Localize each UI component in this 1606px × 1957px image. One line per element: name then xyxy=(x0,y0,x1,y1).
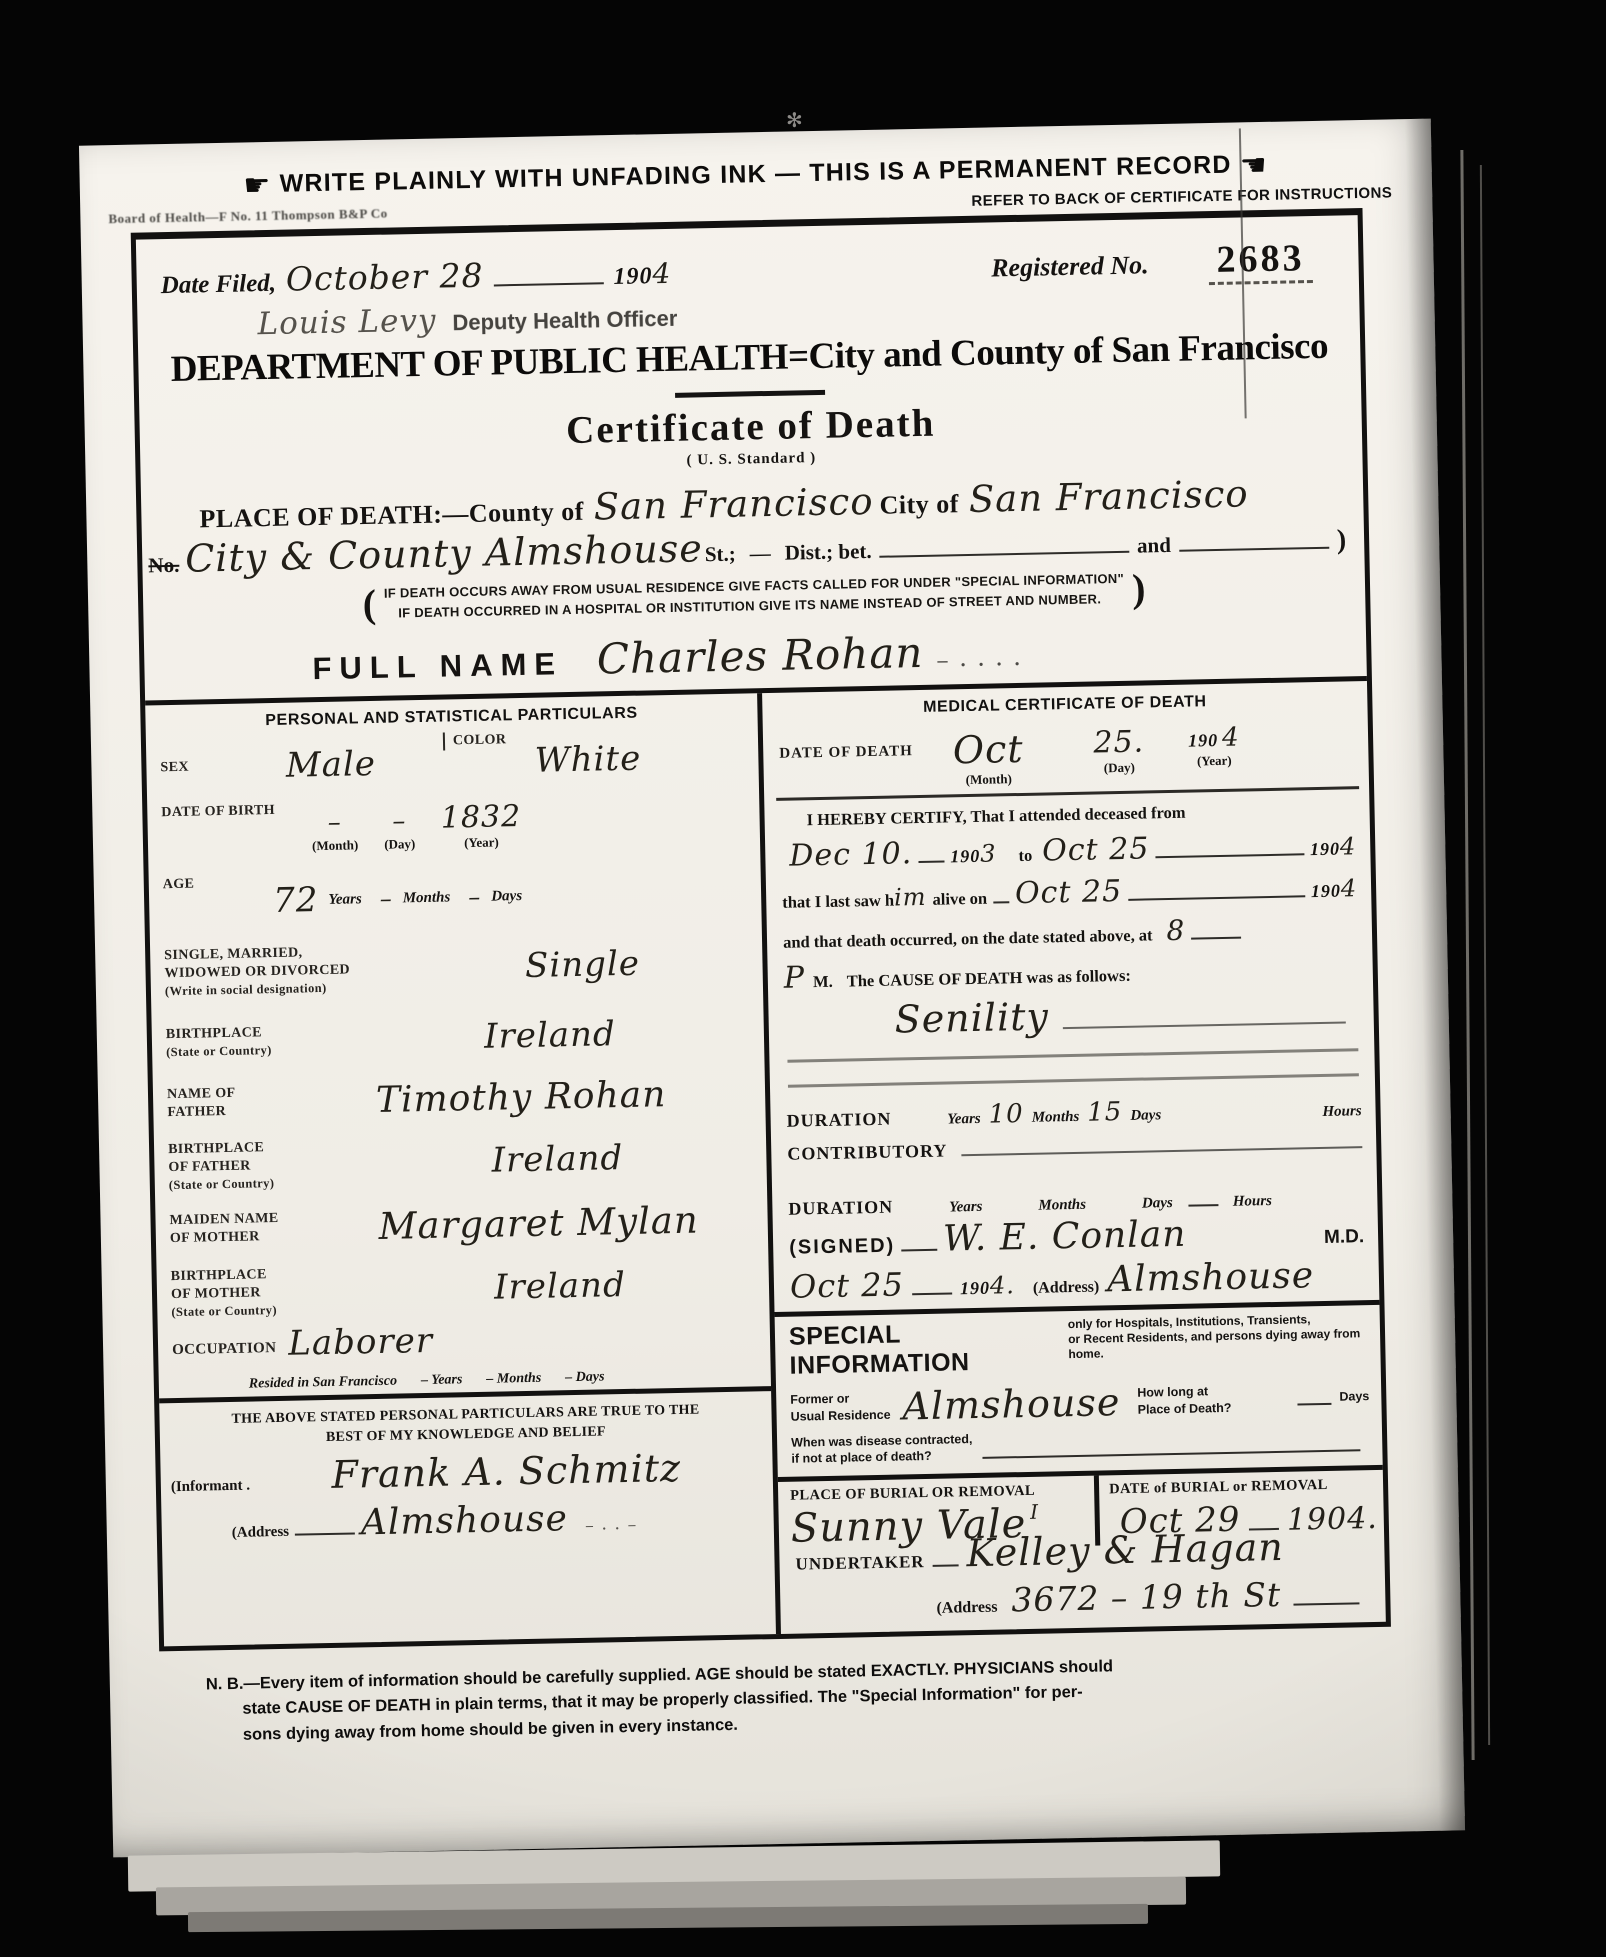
registered-no-label: Registered No. xyxy=(991,250,1149,283)
duration2-hours-label: Hours xyxy=(1233,1193,1273,1211)
undertaker-blank xyxy=(932,1550,958,1566)
officer-title: Deputy Health Officer xyxy=(452,306,677,337)
signed-year-hand: 4. xyxy=(990,1271,1015,1299)
age-years-value: 72 xyxy=(273,880,319,921)
disease-blank xyxy=(982,1436,1360,1459)
color-label: COLOR xyxy=(443,731,507,750)
death-hour-value: 8 xyxy=(1166,909,1186,951)
undertaker-value: Kelley & Hagan xyxy=(966,1524,1284,1574)
dob-year-value: 1832 xyxy=(440,799,521,836)
certify-saw-label-1: that I last saw h xyxy=(782,888,894,915)
informant-address-label: (Address xyxy=(232,1523,290,1541)
cause-blank xyxy=(1063,1007,1346,1028)
and-blank xyxy=(1179,533,1329,552)
signed-address-label: (Address) xyxy=(1033,1278,1100,1297)
age-days-value: – xyxy=(468,883,482,911)
informant-address-value: Almshouse xyxy=(360,1498,568,1543)
st-label: St.; xyxy=(705,542,736,568)
certify-block: I HEREBY CERTIFY, That I attended deceas… xyxy=(764,797,1373,996)
dist-label: Dist.; bet. xyxy=(784,539,871,566)
dob-day-label: (Day) xyxy=(384,836,415,853)
signed-label: (SIGNED) xyxy=(789,1234,895,1259)
dist-blank xyxy=(879,537,1129,558)
resided-months: – Months xyxy=(486,1371,541,1388)
howlong-days-label: Days xyxy=(1339,1388,1369,1405)
undertaker-address-row: (Address 3672 – 19 th St xyxy=(920,1572,1386,1620)
burial-date-year: 1904. xyxy=(1287,1501,1379,1538)
marital-row: SINGLE, MARRIED, WIDOWED OR DIVORCED (Wr… xyxy=(150,922,763,1012)
special-information-section: SPECIAL INFORMATION only for Hospitals, … xyxy=(774,1299,1382,1477)
mother-bp-value: Ireland xyxy=(361,1262,760,1310)
informant-row: (Informant . Frank A. Schmitz xyxy=(170,1444,763,1496)
attestation-section: THE ABOVE STATED PERSONAL PARTICULARS AR… xyxy=(159,1386,774,1555)
dod-year-hand: 4 xyxy=(1222,723,1240,753)
hour-blank xyxy=(1191,922,1241,939)
duration2-days-label: Days xyxy=(1142,1195,1173,1213)
certify-from-year-print: 190 xyxy=(950,843,981,871)
cause-row: Senility xyxy=(768,987,1374,1043)
informant-address-trail: – . . – xyxy=(586,1517,639,1534)
and-label: and xyxy=(1137,533,1171,559)
date-filed-year-print: 190 xyxy=(613,263,653,291)
pointing-hand-left-icon: ☚ xyxy=(1239,148,1268,184)
cause-of-death-label: The CAUSE OF DEATH was as follows: xyxy=(847,964,1132,994)
special-sub-2: or Recent Residents, and persons dying a… xyxy=(1068,1326,1369,1362)
contributory-blank xyxy=(961,1132,1362,1156)
certify-to-value: Oct 25 xyxy=(1042,826,1150,873)
footnote: N. B.—Every item of information should b… xyxy=(206,1653,1167,1749)
duration1-hours-label: Hours xyxy=(1322,1103,1362,1121)
dod-month-value: Oct xyxy=(952,727,1024,772)
date-of-death-row: DATE OF DEATH Oct (Month) 25. (Day) 190 … xyxy=(763,712,1369,792)
ampm-value: P xyxy=(783,955,805,1000)
medical-column: MEDICAL CERTIFICATE OF DEATH DATE OF DEA… xyxy=(762,681,1386,1634)
full-name-trail: – . . . . xyxy=(937,648,1023,673)
registered-no-value: 2683 xyxy=(1208,236,1313,285)
certify-saw-year-print: 190 xyxy=(1311,877,1342,905)
mother-bp-label-3: (State or Country) xyxy=(171,1300,361,1320)
mother-label-2: OF MOTHER xyxy=(170,1227,320,1248)
date-filed-year-hand: 4 xyxy=(652,257,671,290)
page-edge-line xyxy=(1480,165,1490,1745)
sex-label: SEX xyxy=(160,758,218,777)
mother-birthplace-row: BIRTHPLACE OF MOTHER (State or Country) … xyxy=(156,1248,769,1328)
certify-saw-insert: im xyxy=(894,879,927,916)
dod-month-label: (Month) xyxy=(966,771,1013,788)
duration1-months-value: 15 xyxy=(1087,1096,1123,1127)
marital-value: Single xyxy=(412,941,753,988)
certify-from-value: Dec 10. xyxy=(789,831,913,878)
certify-saw-year-hand: 4 xyxy=(1340,870,1357,906)
duration1-years-value: 10 xyxy=(988,1098,1024,1129)
howlong-label-2: Place of Death? xyxy=(1137,1398,1297,1417)
street-dash: — xyxy=(750,541,771,566)
certify-to-year-print: 190 xyxy=(1310,835,1341,863)
certificate-form-box: Date Filed, October 28 190 4 Registered … xyxy=(131,208,1391,1651)
informant-value: Frank A. Schmitz xyxy=(249,1444,763,1498)
dob-month-value: – xyxy=(327,808,342,838)
certify-to-year-hand: 4 xyxy=(1340,828,1357,864)
street-no-label: No. xyxy=(148,553,179,579)
officer-signature: Louis Levy xyxy=(257,303,437,343)
certify-saw-blank1 xyxy=(993,887,1009,903)
duration2-label: DURATION xyxy=(788,1196,893,1219)
occupation-label: OCCUPATION xyxy=(172,1339,277,1361)
age-label: AGE xyxy=(163,874,273,894)
residence-row: Former or Usual Residence Almshouse How … xyxy=(790,1375,1370,1431)
duration1-years-label: Years xyxy=(947,1110,981,1128)
signed-md-label: M.D. xyxy=(1324,1226,1365,1249)
disease-row: When was disease contracted, if not at p… xyxy=(791,1423,1371,1473)
signed-date-blank xyxy=(912,1278,952,1294)
resided-label: Resided in San Francisco xyxy=(249,1374,397,1393)
birthplace-value: Ireland xyxy=(346,1011,755,1059)
signed-value: W. E. Conlan xyxy=(943,1213,1187,1259)
street-paren-close: ) xyxy=(1336,524,1346,556)
duration1-label: DURATION xyxy=(786,1108,891,1131)
contributory-row: CONTRIBUTORY xyxy=(771,1131,1376,1164)
dob-row: DATE OF BIRTH – (Month) – (Day) 1832 (Ye xyxy=(147,788,760,872)
city-value: San Francisco xyxy=(968,472,1249,521)
title-divider xyxy=(675,390,825,398)
father-value: Timothy Rohan xyxy=(287,1072,756,1122)
pointing-hand-right-icon: ☛ xyxy=(243,168,272,204)
dod-day-label: (Day) xyxy=(1104,760,1135,777)
birthplace-label-2: (State or Country) xyxy=(166,1041,346,1061)
special-information-title: SPECIAL INFORMATION xyxy=(789,1317,1061,1380)
residence-value: Almshouse xyxy=(902,1380,1121,1428)
cause-value: Senility xyxy=(894,994,1049,1041)
dob-day-value: – xyxy=(392,806,407,836)
refer-to-back-note: REFER TO BACK OF CERTIFICATE FOR INSTRUC… xyxy=(971,184,1392,209)
dob-label: DATE OF BIRTH xyxy=(161,801,311,822)
disease-label-2: if not at place of death? xyxy=(791,1447,973,1467)
age-months-label: Months xyxy=(403,889,451,907)
duration1-days-label: Days xyxy=(1130,1107,1161,1125)
dob-year-label: (Year) xyxy=(464,834,499,851)
informant-address-row: (Address Almshouse – . . – xyxy=(171,1494,764,1543)
age-days-label: Days xyxy=(491,887,522,905)
scanned-certificate-paper: ☛ WRITE PLAINLY WITH UNFADING INK — THIS… xyxy=(79,119,1465,1858)
cause-rule-1 xyxy=(787,1048,1358,1062)
occupation-value: Laborer xyxy=(288,1321,433,1364)
city-label: City of xyxy=(879,489,959,521)
sex-value: Male xyxy=(218,743,444,788)
father-bp-value: Ireland xyxy=(358,1135,757,1183)
date-of-death-label: DATE OF DEATH xyxy=(779,743,913,763)
dod-year-print: 190 xyxy=(1188,730,1218,751)
note-paren-open: ( xyxy=(362,580,376,627)
howlong-blank xyxy=(1297,1390,1331,1406)
dod-year-label: (Year) xyxy=(1197,753,1232,770)
certify-from-year-hand: 3 xyxy=(980,835,997,871)
signed-year-print: 190 xyxy=(960,1277,990,1299)
certify-saw-value: Oct 25 xyxy=(1015,869,1123,916)
age-months-value: – xyxy=(379,885,393,913)
father-label-2: FATHER xyxy=(167,1102,287,1123)
signed-address-value: Almshouse xyxy=(1107,1255,1315,1300)
signed-date-value: Oct 25 xyxy=(790,1265,905,1305)
county-value: San Francisco xyxy=(593,480,874,529)
certify-from-blank xyxy=(918,846,944,863)
duration1-months-label: Months xyxy=(1032,1108,1080,1126)
m-label: M. xyxy=(813,970,833,995)
duration1-row: DURATION Years 10 Months 15 Days Hours xyxy=(770,1091,1375,1133)
full-name-value: Charles Rohan xyxy=(596,628,923,684)
signed-blank xyxy=(901,1235,937,1251)
certify-to-blank xyxy=(1155,839,1304,858)
form-stock-number: Board of Health—F No. 11 Thompson B&P Co xyxy=(108,206,388,228)
dod-day-value: 25. xyxy=(1093,724,1144,760)
date-filed-label: Date Filed, xyxy=(161,270,277,300)
resided-days: – Days xyxy=(565,1369,605,1386)
cause-rule-2 xyxy=(788,1073,1359,1087)
full-name-label: FULL NAME xyxy=(312,646,563,687)
informant-label: (Informant . xyxy=(171,1477,250,1496)
note-paren-close: ) xyxy=(1132,564,1146,611)
informant-address-blank xyxy=(295,1518,355,1535)
resided-years: – Years xyxy=(421,1372,463,1389)
residence-label-2: Usual Residence xyxy=(790,1406,902,1424)
certify-saw-blank2 xyxy=(1128,881,1305,901)
mother-value: Margaret Mylan xyxy=(319,1197,758,1249)
contributory-label: CONTRIBUTORY xyxy=(787,1140,947,1164)
certify-to-label: to xyxy=(1018,844,1032,869)
ink-mark: ✻ xyxy=(786,108,803,132)
duration2-blank xyxy=(1189,1190,1219,1206)
duration2-years-label: Years xyxy=(949,1198,983,1216)
form-columns: PERSONAL AND STATISTICAL PARTICULARS SEX… xyxy=(145,676,1386,1646)
undertaker-label: UNDERTAKER xyxy=(795,1552,924,1575)
street-value: City & County Almshouse xyxy=(185,526,703,580)
color-value: White xyxy=(534,739,641,781)
personal-column: PERSONAL AND STATISTICAL PARTICULARS SEX… xyxy=(145,693,781,1646)
page-edge-line xyxy=(1460,150,1474,1760)
date-filed-blank xyxy=(493,269,603,287)
dob-month-label: (Month) xyxy=(312,837,359,854)
father-label-1: NAME OF xyxy=(167,1084,287,1105)
date-filed-value: October 28 xyxy=(286,256,484,299)
undertaker-address-blank xyxy=(1293,1588,1359,1605)
certify-saw-label-2: alive on xyxy=(932,886,987,912)
father-birthplace-row: BIRTHPLACE OF FATHER (State or Country) … xyxy=(154,1122,767,1200)
age-years-label: Years xyxy=(328,891,362,909)
undertaker-address-label: (Address xyxy=(936,1598,997,1617)
undertaker-address-value: 3672 – 19 th St xyxy=(1011,1575,1282,1619)
paper-curl-shadow xyxy=(1405,119,1465,1831)
duration2-months-label: Months xyxy=(1038,1196,1086,1214)
burial-place-sup: I xyxy=(1030,1500,1039,1524)
burial-date-label: DATE of BURIAL or REMOVAL xyxy=(1109,1476,1377,1498)
father-bp-label-3: (State or Country) xyxy=(169,1173,359,1193)
